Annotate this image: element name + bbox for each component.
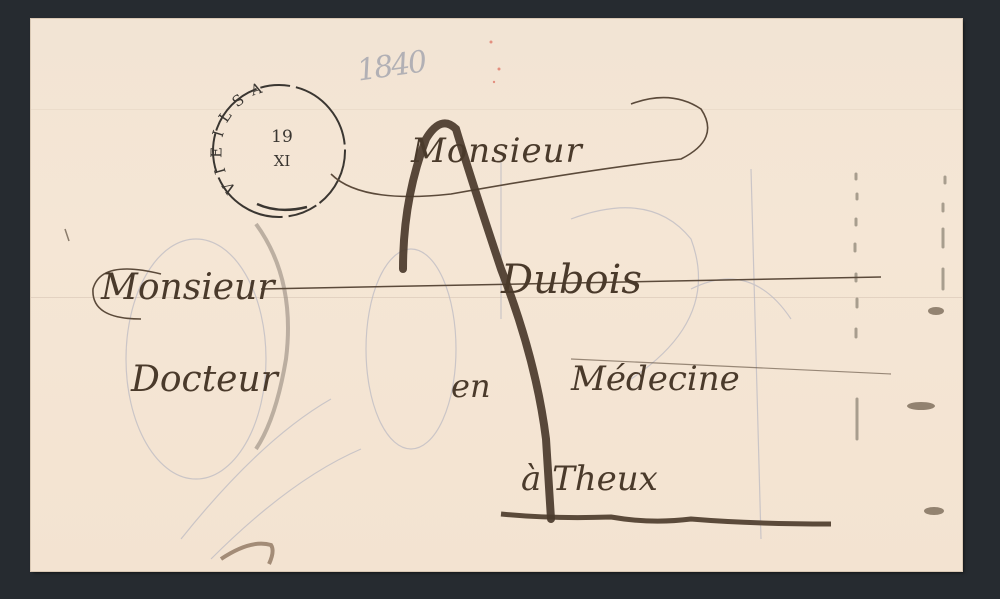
postal-cover: 1840 VIEILSA 19 XI Monsieur Monsieur Dub… <box>31 19 962 571</box>
address-destination: à Theux <box>521 459 658 499</box>
address-profession: Médecine <box>571 359 740 399</box>
address-title: Docteur <box>131 359 278 400</box>
address-salutation: Monsieur <box>411 131 583 171</box>
address-prefix: Monsieur <box>101 267 274 308</box>
address-name: Dubois <box>501 257 642 303</box>
address-en: en <box>451 367 491 405</box>
